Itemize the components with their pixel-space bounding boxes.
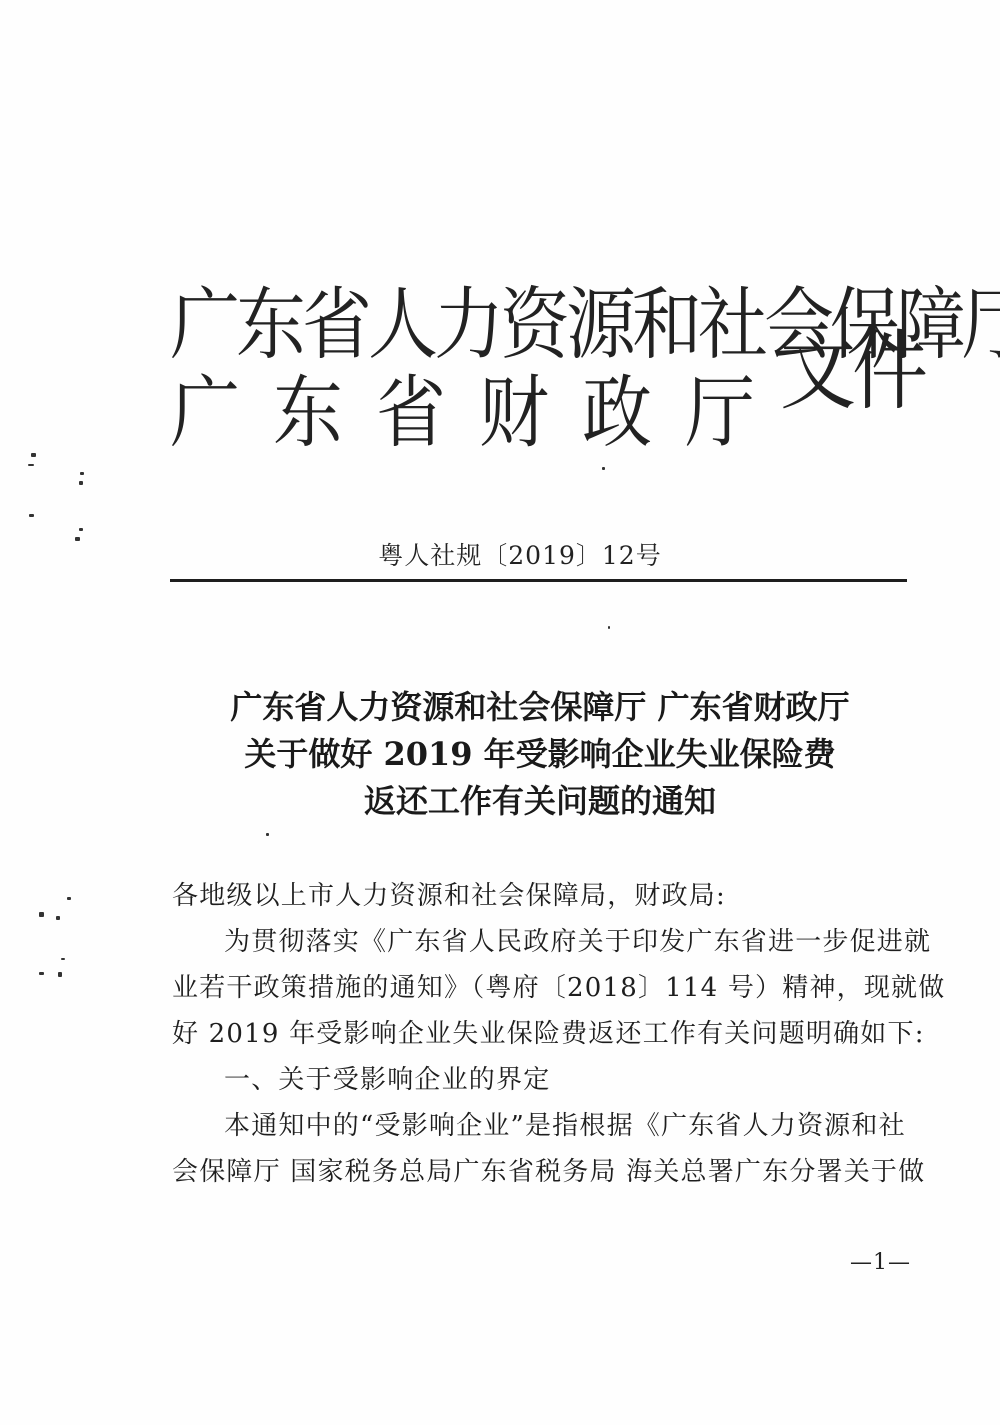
body-paragraph-line: 会保障厅 国家税务总局广东省税务局 海关总署广东分署关于做	[172, 1149, 912, 1195]
scan-speck	[266, 833, 269, 836]
issuer-char: 省	[376, 370, 446, 455]
document-type-label: 文件	[780, 325, 924, 417]
issuer-char: 广	[170, 370, 240, 455]
notice-title-line: 返还工作有关问题的通知	[80, 778, 1000, 825]
scan-speck	[67, 897, 71, 900]
scan-speck	[39, 972, 44, 975]
scan-speck	[28, 464, 34, 466]
header-divider	[170, 579, 907, 582]
body-paragraph-line: 好 2019 年受影响企业失业保险费返还工作有关问题明确如下:	[172, 1011, 912, 1057]
scan-speck	[29, 514, 34, 517]
scan-speck	[80, 472, 84, 475]
body-paragraph-line: 为贯彻落实《广东省人民政府关于印发广东省进一步促进就	[172, 919, 912, 965]
scan-speck	[31, 453, 36, 457]
salutation: 各地级以上市人力资源和社会保障局，财政局:	[172, 873, 912, 919]
document-number: 粤人社规〔2019〕12号	[0, 541, 1000, 571]
section-heading: 一、关于受影响企业的界定	[172, 1057, 912, 1103]
scan-speck	[608, 626, 610, 629]
page-number: —1—	[850, 1250, 911, 1276]
notice-title-line: 广东省人力资源和社会保障厅 广东省财政厅	[80, 684, 1000, 731]
scan-speck	[75, 537, 80, 541]
notice-title: 广东省人力资源和社会保障厅 广东省财政厅 关于做好 2019 年受影响企业失业保…	[0, 684, 1000, 825]
scan-speck	[79, 528, 83, 531]
scan-speck	[79, 481, 83, 485]
document-page: 广东省人力资源和社会保障厅 广 东 省 财 政 厅 文件 粤人社规〔2019〕1…	[0, 0, 1000, 1425]
issuer-hr-department: 广东省人力资源和社会保障厅	[170, 282, 760, 367]
issuer-char: 厅	[685, 370, 755, 455]
scan-speck	[602, 467, 605, 470]
scan-speck	[56, 916, 60, 920]
body-paragraph-line: 本通知中的“受影响企业”是指根据《广东省人力资源和社	[172, 1103, 912, 1149]
scan-speck	[39, 912, 44, 917]
issuer-char: 财	[479, 370, 549, 455]
scan-speck	[61, 958, 65, 960]
notice-body: 各地级以上市人力资源和社会保障局，财政局: 为贯彻落实《广东省人民政府关于印发广…	[172, 873, 912, 1195]
notice-title-line: 关于做好 2019 年受影响企业失业保险费	[80, 731, 1000, 778]
issuer-finance-department: 广 东 省 财 政 厅	[170, 370, 755, 455]
issuer-char: 东	[273, 370, 343, 455]
issuing-authorities: 广东省人力资源和社会保障厅 广 东 省 财 政 厅	[170, 282, 760, 446]
issuer-char: 政	[582, 370, 652, 455]
scan-speck	[58, 972, 62, 977]
body-paragraph-line: 业若干政策措施的通知》（粤府〔2018〕114 号）精神，现就做	[172, 965, 912, 1011]
